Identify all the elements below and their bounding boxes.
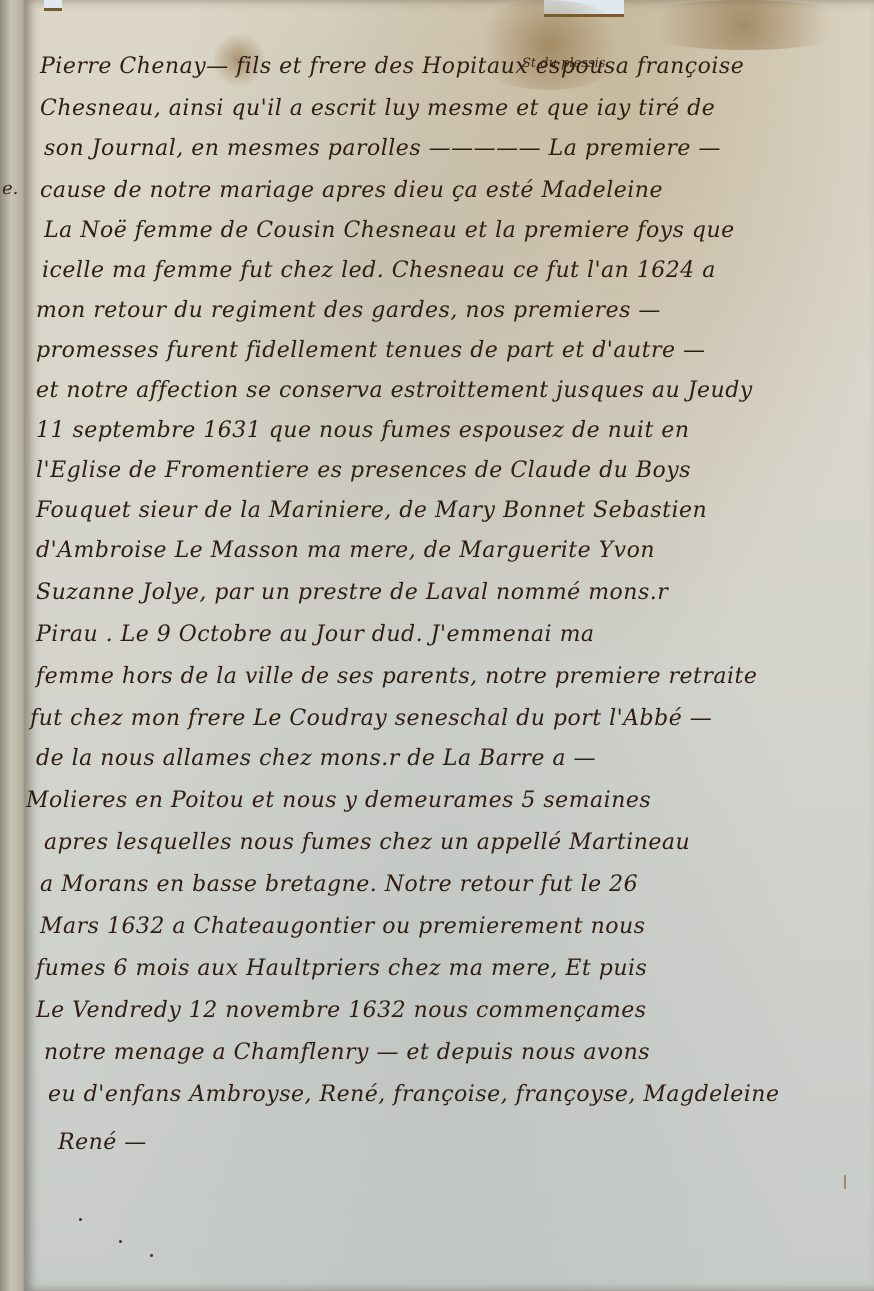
manuscript-line: apres lesquelles nous fumes chez un appe… (44, 830, 690, 855)
manuscript-line: 11 septembre 1631 que nous fumes espouse… (36, 418, 690, 443)
manuscript-page: St du plessis Pierre Chenay— fils et fre… (24, 0, 874, 1291)
manuscript-line: René — (58, 1130, 147, 1155)
manuscript-line: Le Vendredy 12 novembre 1632 nous commen… (36, 998, 647, 1023)
manuscript-line: et notre affection se conserva estroitte… (36, 378, 753, 403)
manuscript-line: son Journal, en mesmes parolles ————— La… (44, 136, 721, 161)
manuscript-line: cause de notre mariage apres dieu ça est… (40, 178, 663, 203)
manuscript-line: eu d'enfans Ambroyse, René, françoise, f… (48, 1082, 779, 1107)
manuscript-line: de la nous allames chez mons.r de La Bar… (36, 746, 596, 771)
manuscript-line: mon retour du regiment des gardes, nos p… (36, 298, 661, 323)
manuscript-line: d'Ambroise Le Masson ma mere, de Marguer… (36, 538, 655, 563)
manuscript-line: La Noë femme de Cousin Chesneau et la pr… (44, 218, 735, 243)
manuscript-line: Pierre Chenay— fils et frere des Hopitau… (40, 54, 744, 79)
manuscript-line: femme hors de la ville de ses parents, n… (36, 664, 757, 689)
ink-speck (150, 1254, 153, 1257)
manuscript-line: a Morans en basse bretagne. Notre retour… (40, 872, 638, 897)
facing-page-margin-mark: e. (2, 178, 18, 199)
manuscript-line: fut chez mon frere Le Coudray seneschal … (30, 706, 712, 731)
manuscript-line: Fouquet sieur de la Mariniere, de Mary B… (36, 498, 707, 523)
manuscript-line: fumes 6 mois aux Haultpriers chez ma mer… (36, 956, 647, 981)
manuscript-line: Suzanne Jolye, par un prestre de Laval n… (36, 580, 668, 605)
manuscript-line: Mars 1632 a Chateaugontier ou premiereme… (40, 914, 645, 939)
manuscript-line: Chesneau, ainsi qu'il a escrit luy mesme… (40, 96, 715, 121)
water-stain (624, 0, 864, 50)
manuscript-line: Pirau . Le 9 Octobre au Jour dud. J'emme… (36, 622, 595, 647)
ink-speck (119, 1240, 122, 1243)
manuscript-line: Molieres en Poitou et nous y demeurames … (26, 788, 651, 813)
manuscript-line: notre menage a Chamflenry — et depuis no… (44, 1040, 650, 1065)
ink-speck (79, 1218, 82, 1221)
manuscript-line: l'Eglise de Fromentiere es presences de … (36, 458, 691, 483)
ink-speck (844, 1175, 846, 1189)
manuscript-line: promesses furent fidellement tenues de p… (36, 338, 706, 363)
manuscript-line: icelle ma femme fut chez led. Chesneau c… (42, 258, 716, 283)
torn-edge (44, 0, 62, 11)
